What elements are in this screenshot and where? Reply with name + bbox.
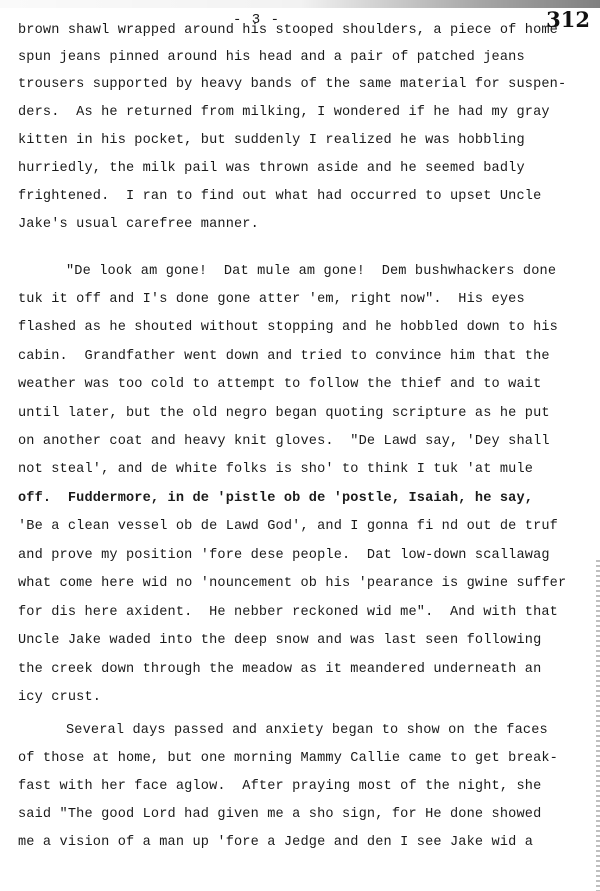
text-line: said "The good Lord had given me a sho s… — [18, 806, 541, 824]
text-line: Jake's usual carefree manner. — [18, 216, 259, 234]
text-line: the creek down through the meadow as it … — [18, 661, 541, 679]
text-line: Uncle Jake waded into the deep snow and … — [18, 632, 541, 650]
text-line: cabin. Grandfather went down and tried t… — [18, 348, 550, 366]
text-line: spun jeans pinned around his head and a … — [18, 49, 525, 67]
text-line: for dis here axident. He nebber reckoned… — [18, 604, 558, 622]
text-line: frightened. I ran to find out what had o… — [18, 188, 541, 206]
scan-right-edge — [596, 560, 600, 891]
scan-edge-shadow — [0, 0, 600, 8]
text-line: not steal', and de white folks is sho' t… — [18, 461, 533, 479]
text-line: weather was too cold to attempt to follo… — [18, 376, 541, 394]
text-line: fast with her face aglow. After praying … — [18, 778, 541, 796]
text-line: flashed as he shouted without stopping a… — [18, 319, 558, 337]
text-line: kitten in his pocket, but suddenly I rea… — [18, 132, 525, 150]
text-line: 'Be a clean vessel ob de Lawd God', and … — [18, 518, 558, 536]
text-line: "De look am gone! Dat mule am gone! Dem … — [66, 263, 556, 281]
text-line: off. Fuddermore, in de 'pistle ob de 'po… — [18, 490, 533, 508]
text-line: Several days passed and anxiety began to… — [66, 722, 548, 740]
text-line: me a vision of a man up 'fore a Jedge an… — [18, 834, 533, 852]
text-line: what come here wid no 'nouncement ob his… — [18, 575, 566, 593]
document-page: - 3 - 312 brown shawl wrapped around his… — [0, 0, 600, 891]
text-line: and prove my position 'fore dese people.… — [18, 547, 550, 565]
text-line: ders. As he returned from milking, I won… — [18, 104, 550, 122]
text-line: hurriedly, the milk pail was thrown asid… — [18, 160, 525, 178]
text-line: on another coat and heavy knit gloves. "… — [18, 433, 550, 451]
text-line: of those at home, but one morning Mammy … — [18, 750, 558, 768]
text-line: until later, but the old negro began quo… — [18, 405, 550, 423]
text-line: tuk it off and I's done gone atter 'em, … — [18, 291, 525, 309]
text-line: brown shawl wrapped around his stooped s… — [18, 22, 558, 40]
text-line: trousers supported by heavy bands of the… — [18, 76, 566, 94]
text-line: icy crust. — [18, 689, 101, 707]
